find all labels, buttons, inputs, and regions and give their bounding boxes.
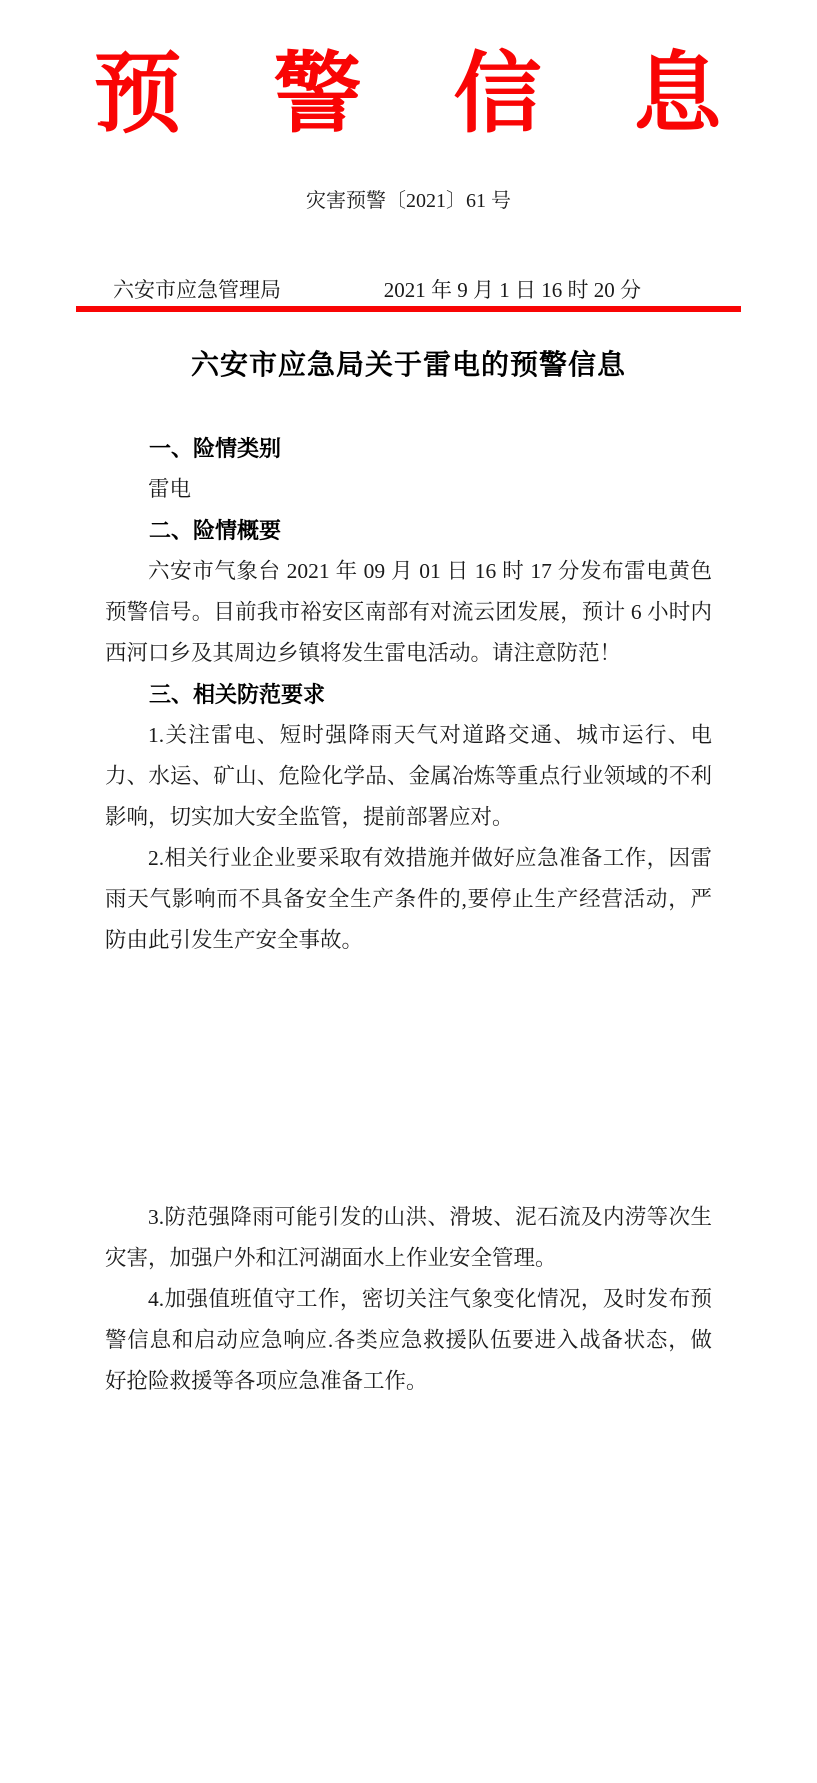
section-risk-summary: 二、险情概要 六安市气象台 2021 年 09 月 01 日 16 时 17 分… (105, 510, 712, 674)
paragraph-risk-summary: 六安市气象台 2021 年 09 月 01 日 16 时 17 分发布雷电黄色预… (105, 551, 712, 674)
paragraph-prevention-2: 2.相关行业企业要采取有效措施并做好应急准备工作，因雷雨天气影响而不具备安全生产… (105, 838, 712, 961)
issuer-rule-block: 六安市应急管理局 2021 年 9 月 1 日 16 时 20 分 (76, 276, 741, 312)
issuer-name: 六安市应急管理局 (113, 276, 281, 304)
paragraph-risk-category: 雷电 (105, 469, 712, 510)
paragraph-prevention-1: 1.关注雷电、短时强降雨天气对道路交通、城市运行、电力、水运、矿山、危险化学品、… (105, 715, 712, 838)
red-divider (76, 306, 741, 312)
section-heading-risk-summary: 二、险情概要 (105, 510, 712, 551)
doc-title: 六安市应急局关于雷电的预警信息 (0, 348, 817, 384)
banner-title: 预 警 信 息 (0, 0, 817, 142)
paragraph-prevention-3: 3.防范强降雨可能引发的山洪、滑坡、泥石流及内涝等次生灾害，加强户外和江河湖面水… (105, 1197, 712, 1279)
issuer-row: 六安市应急管理局 2021 年 9 月 1 日 16 时 20 分 (76, 276, 741, 304)
doc-number: 灾害预警〔2021〕61 号 (0, 190, 817, 212)
section-prevention-requirements: 三、相关防范要求 1.关注雷电、短时强降雨天气对道路交通、城市运行、电力、水运、… (105, 674, 712, 1402)
section-heading-risk-category: 一、险情类别 (105, 428, 712, 469)
section-risk-category: 一、险情类别 雷电 (105, 428, 712, 510)
page-break-spacer (105, 961, 712, 1197)
paragraph-prevention-4: 4.加强值班值守工作，密切关注气象变化情况，及时发布预警信息和启动应急响应.各类… (105, 1279, 712, 1402)
issue-datetime: 2021 年 9 月 1 日 16 时 20 分 (384, 276, 641, 304)
section-heading-prevention: 三、相关防范要求 (105, 674, 712, 715)
document-body: 一、险情类别 雷电 二、险情概要 六安市气象台 2021 年 09 月 01 日… (105, 428, 712, 1402)
